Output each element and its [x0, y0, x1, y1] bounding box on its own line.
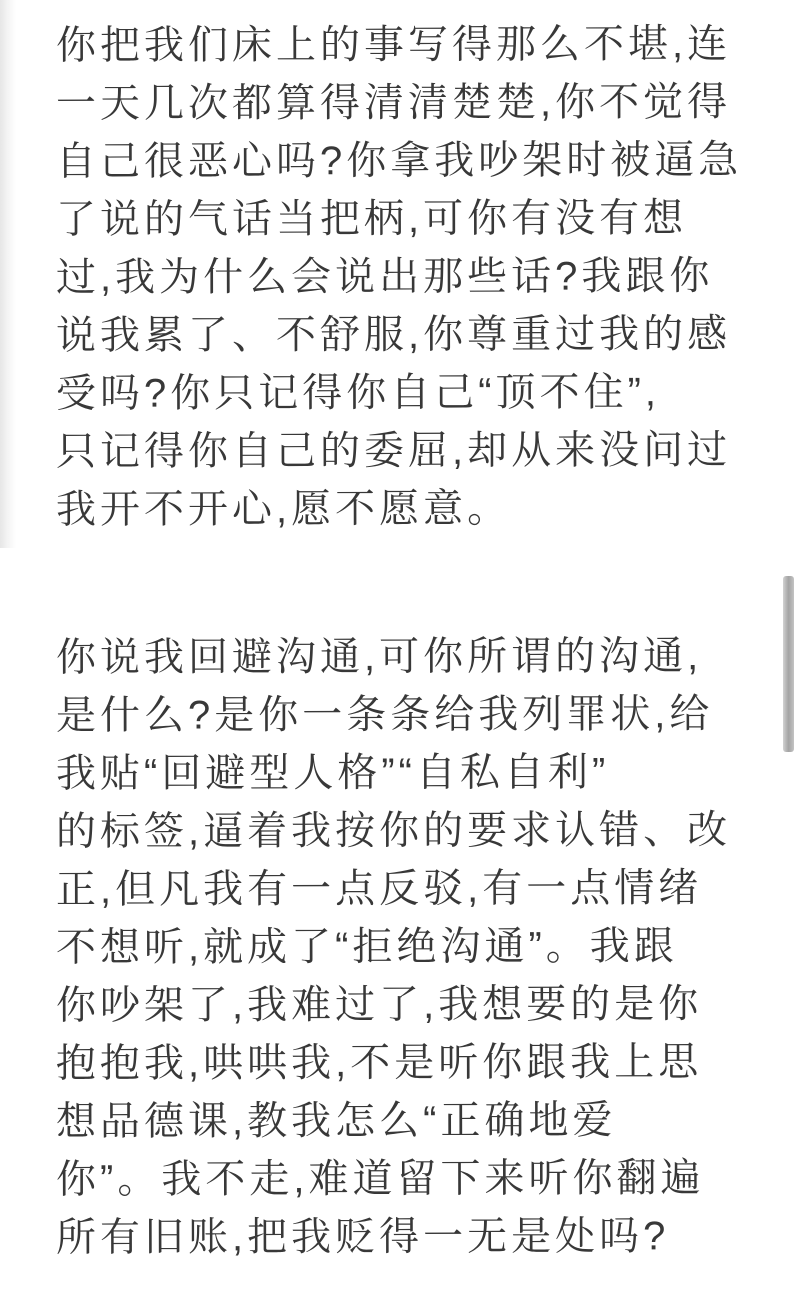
text-line: 你吵架了,我难过了,我想要的是你	[56, 975, 731, 1035]
handwritten-note-photo: 你把我们床上的事写得那么不堪,连 一天几次都算得清清楚楚,你不觉得 自己很恶心吗…	[0, 0, 800, 1292]
text-line: 只记得你自己的委屈,却从来没问过	[56, 421, 742, 481]
scrollbar-thumb[interactable]	[783, 576, 794, 752]
paper-edge-shadow	[0, 0, 16, 548]
text-line: 你”。我不走,难道留下来听你翻遍	[56, 1149, 731, 1209]
text-line: 抱抱我,哄哄我,不是听你跟我上思	[56, 1033, 731, 1093]
text-line: 不想听,就成了“拒绝沟通”。我跟	[56, 917, 731, 977]
text-line: 的标签,逼着我按你的要求认错、改	[56, 801, 731, 861]
text-line: 你说我回避沟通,可你所谓的沟通,	[56, 627, 731, 687]
text-line: 过,我为什么会说出那些话?我跟你	[56, 247, 742, 307]
text-line: 受吗?你只记得你自己“顶不住”,	[56, 363, 742, 423]
paragraph-2: 你说我回避沟通,可你所谓的沟通, 是什么?是你一条条给我列罪状,给 我贴“回避型…	[56, 628, 731, 1266]
text-line: 一天几次都算得清清楚楚,你不觉得	[56, 73, 742, 133]
paragraph-1: 你把我们床上的事写得那么不堪,连 一天几次都算得清清楚楚,你不觉得 自己很恶心吗…	[56, 16, 742, 538]
text-line: 我开不开心,愿不愿意。	[56, 479, 742, 539]
text-line: 我贴“回避型人格”“自私自利”	[56, 743, 731, 803]
text-line: 想品德课,教我怎么“正确地爱	[56, 1091, 731, 1151]
text-line: 自己很恶心吗?你拿我吵架时被逼急	[56, 131, 742, 191]
text-line: 了说的气话当把柄,可你有没有想	[56, 189, 742, 249]
text-line: 你把我们床上的事写得那么不堪,连	[56, 15, 742, 75]
text-line: 说我累了、不舒服,你尊重过我的感	[56, 305, 742, 365]
text-line: 所有旧账,把我贬得一无是处吗?	[56, 1207, 731, 1267]
text-line: 正,但凡我有一点反驳,有一点情绪	[56, 859, 731, 919]
text-line: 是什么?是你一条条给我列罪状,给	[56, 685, 731, 745]
